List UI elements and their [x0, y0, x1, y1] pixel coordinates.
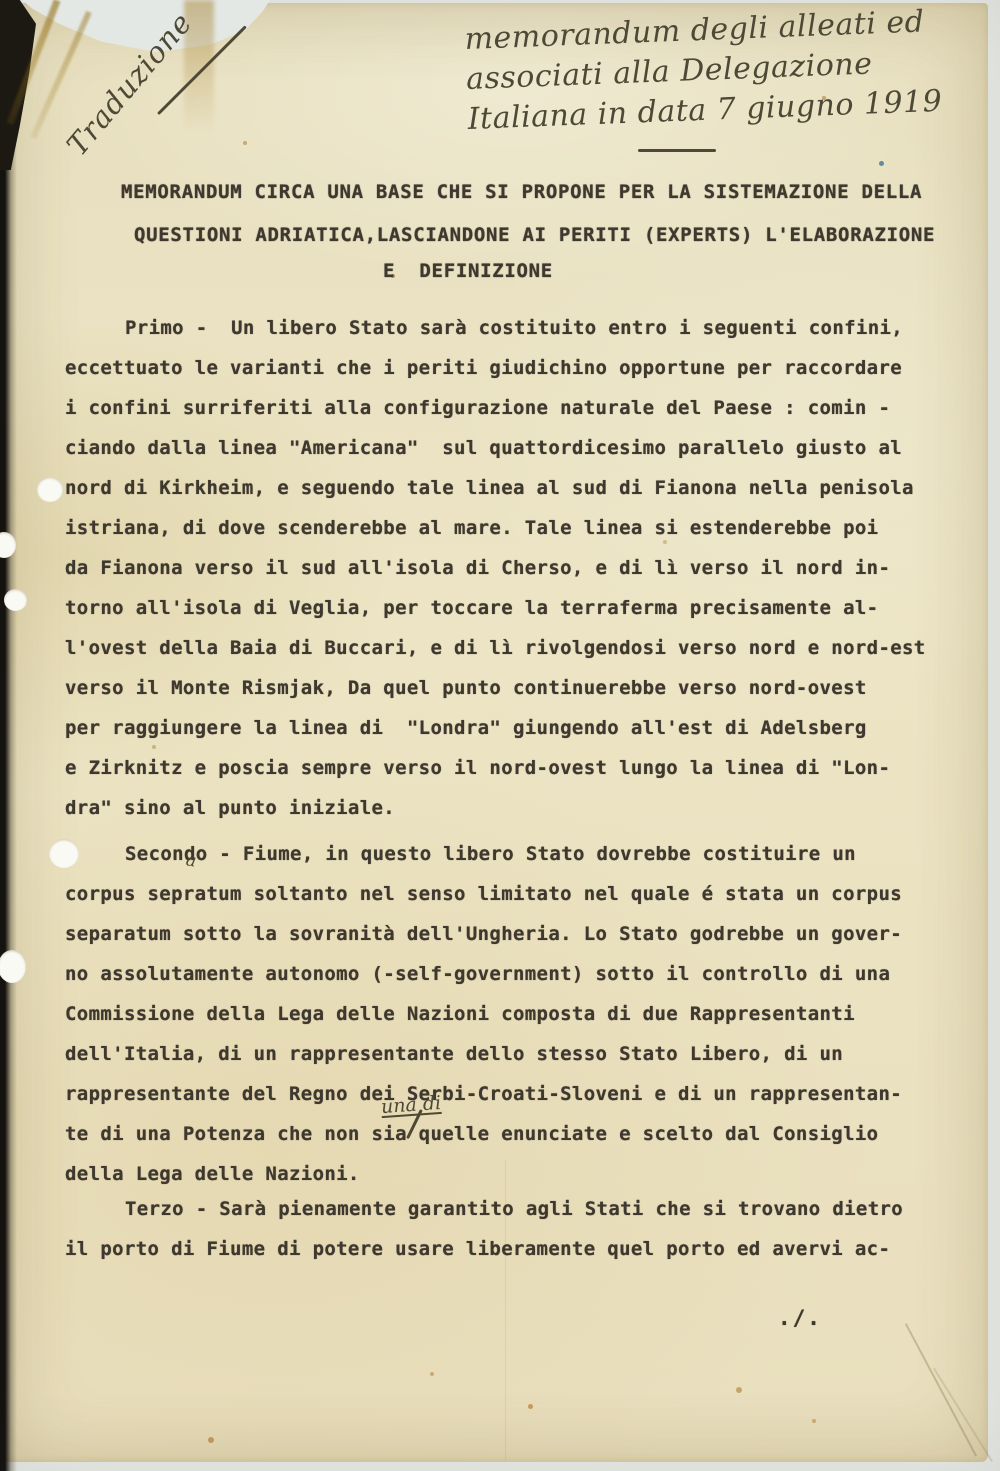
text-line: nord di Kirkheim, e seguendo tale linea … — [65, 468, 955, 508]
text-line: ciando dalla linea "Americana" sul quatt… — [65, 428, 955, 468]
text-line: e Zirknitz e poscia sempre verso il nord… — [65, 748, 955, 788]
text-line: Secondo - Fiume, in questo libero Stato … — [65, 834, 955, 874]
text-line: l'ovest della Baia di Buccari, e di lì r… — [65, 628, 955, 668]
scanned-document-page: Traduzione memorandum degli alleati ed a… — [0, 0, 1000, 1471]
stain-dot — [736, 1387, 742, 1393]
stain-dot — [430, 1372, 434, 1376]
text-line: rappresentante del Regno dei Serbi-Croat… — [65, 1074, 955, 1114]
stain-dot — [528, 1404, 533, 1409]
text-line: Primo - Un libero Stato sarà costituito … — [65, 308, 955, 348]
page-continuation-mark: ./. — [778, 1306, 822, 1330]
stain-dot — [208, 1437, 214, 1443]
handwritten-note: memorandum degli alleati ed associati al… — [464, 0, 988, 140]
text-line: separatum sotto la sovranità dell'Ungher… — [65, 914, 955, 954]
scan-left-edge — [0, 0, 17, 1471]
punch-hole — [37, 477, 63, 502]
text-line: corpus sepratum soltanto nel senso limit… — [65, 874, 955, 914]
text-line: per raggiungere la linea di "Londra" giu… — [65, 708, 955, 748]
text-line: istriana, di dove scenderebbe al mare. T… — [65, 508, 955, 548]
stain-dot — [812, 1419, 816, 1423]
handwritten-insertion-una-di: una di — [380, 1092, 441, 1118]
text-line: te di una Potenza che non sia quelle enu… — [65, 1114, 955, 1154]
document-title-line: MEMORANDUM CIRCA UNA BASE CHE SI PROPONE… — [65, 181, 950, 203]
text-line: verso il Monte Rismjak, Da quel punto co… — [65, 668, 955, 708]
paragraph-secondo: Secondo - Fiume, in questo libero Stato … — [65, 834, 955, 1194]
text-line: il porto di Fiume di potere usare libera… — [65, 1229, 955, 1269]
handwritten-note-underline — [638, 149, 716, 152]
paragraph-terzo: Terzo - Sarà pienamente garantito agli S… — [65, 1189, 955, 1269]
text-line: Commissione della Lega delle Nazioni com… — [65, 994, 955, 1034]
text-line: eccettuato le varianti che i periti giud… — [65, 348, 955, 388]
text-line: dra" sino al punto iniziale. — [65, 788, 955, 828]
text-line: da Fianona verso il sud all'isola di Che… — [65, 548, 955, 588]
text-line: dell'Italia, di un rappresentante dello … — [65, 1034, 955, 1074]
punch-hole — [4, 589, 27, 611]
text-line: torno all'isola di Veglia, per toccare l… — [65, 588, 955, 628]
text-line: i confini surriferiti alla configurazion… — [65, 388, 955, 428]
text-line: Terzo - Sarà pienamente garantito agli S… — [65, 1189, 955, 1229]
document-title-line: E DEFINIZIONE — [65, 260, 950, 282]
paragraph-primo: Primo - Un libero Stato sarà costituito … — [65, 308, 955, 828]
stain-dot — [243, 141, 247, 145]
text-line: della Lega delle Nazioni. — [65, 1154, 955, 1194]
ink-speck — [879, 161, 884, 166]
document-title-line: QUESTIONI ADRIATICA,LASCIANDONE AI PERIT… — [65, 224, 950, 246]
text-line: no assolutamente autonomo (-self-governm… — [65, 954, 955, 994]
